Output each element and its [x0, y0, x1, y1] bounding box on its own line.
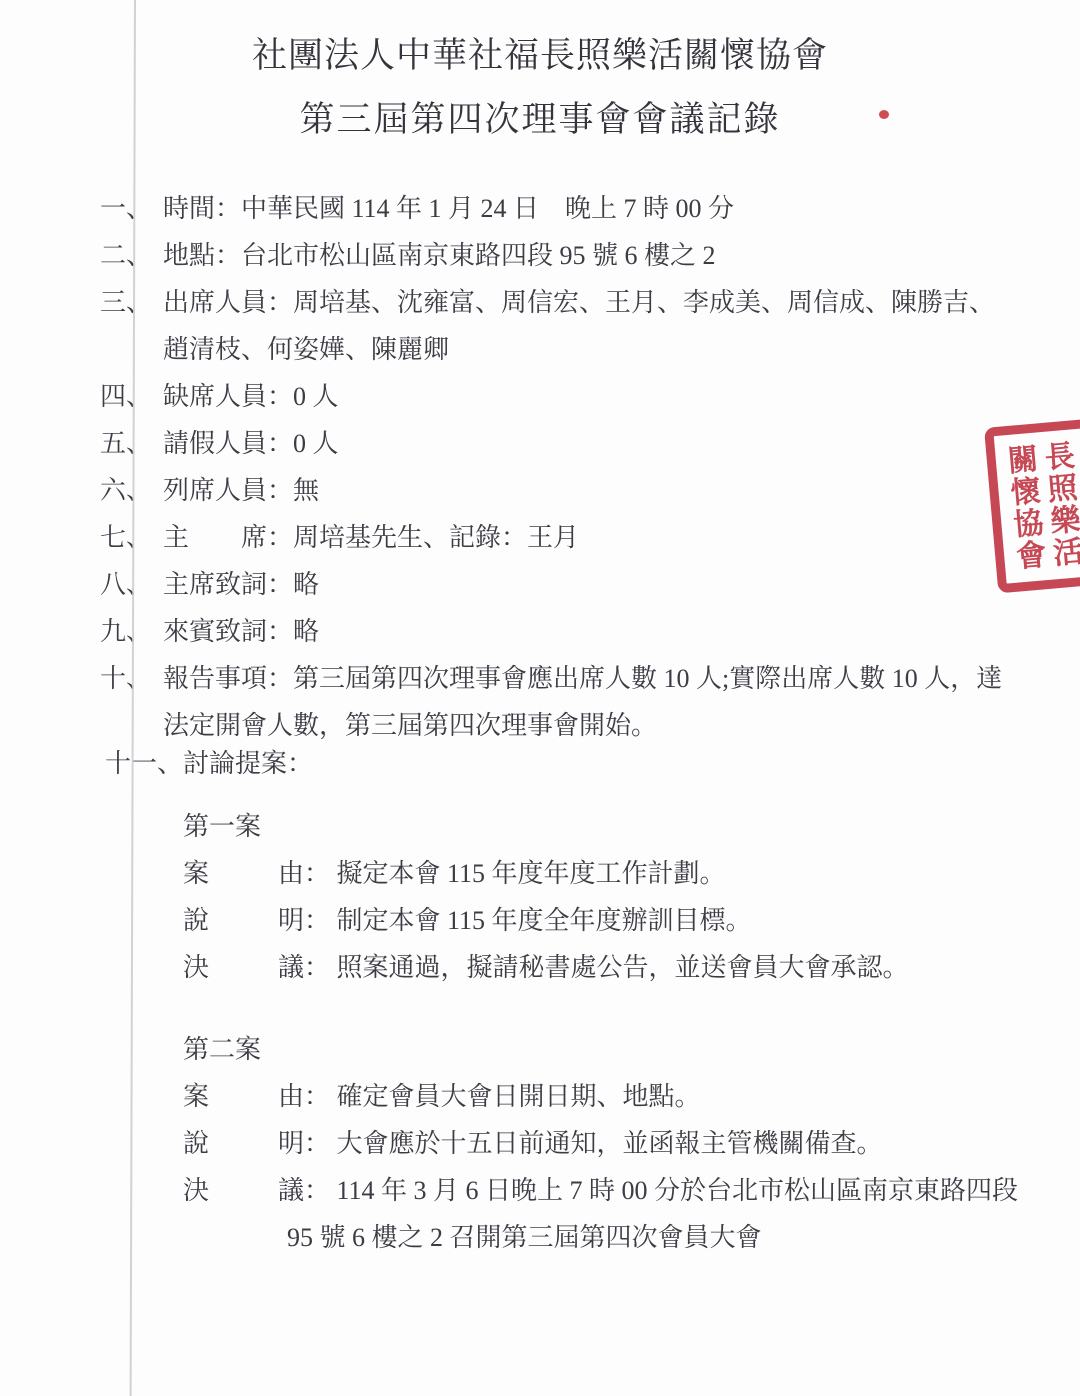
item-text: 時間：中華民國 114 年 1 月 24 日 晚上 7 時 00 分	[163, 185, 1080, 232]
item-text: 主 席：周培基先生、記錄：王月	[163, 514, 1080, 561]
item-number: 五、	[100, 420, 163, 467]
item-row: 一、 時間：中華民國 114 年 1 月 24 日 晚上 7 時 00 分	[100, 185, 1080, 232]
item-text: 缺席人員：0 人	[163, 373, 1080, 420]
item-number: 四、	[100, 373, 163, 420]
proposal-text-line: 照案通過，擬請秘書處公告，並送會員大會承認。	[337, 953, 909, 982]
item-text: 報告事項：第三屆第四次理事會應出席人數 10 人;實際出席人數 10 人，達法定…	[163, 655, 1080, 749]
proposal-text-line: 確定會員大會日開日期、地點。	[337, 1082, 701, 1111]
proposal-title: 第二案	[183, 1026, 1080, 1073]
proposals-list: 第一案 案 由： 擬定本會 115 年度年度工作計劃。 說 明： 制定本會 11…	[0, 803, 1080, 1261]
item-row: 十、 報告事項：第三屆第四次理事會應出席人數 10 人;實際出席人數 10 人，…	[100, 655, 1080, 749]
association-stamp: 社團法人中華社福長照樂活關懷協會	[984, 413, 1080, 594]
item-text: 出席人員：周培基、沈雍富、周信宏、王月、李成美、周信成、陳勝吉、趙清枝、何姿嬅、…	[163, 279, 1080, 373]
proposal-colon: ：	[304, 1176, 330, 1205]
proposal-text-line: 擬定本會 115 年度年度工作計劃。	[337, 859, 726, 888]
item-row: 六、 列席人員：無	[100, 467, 1080, 514]
red-dot-mark	[879, 110, 889, 119]
proposal-section: 第一案 案 由： 擬定本會 115 年度年度工作計劃。 說 明： 制定本會 11…	[183, 803, 1080, 991]
item-text: 主席致詞：略	[163, 561, 1080, 608]
proposal-colon: ：	[304, 906, 330, 935]
item-row: 七、 主 席：周培基先生、記錄：王月	[100, 514, 1080, 561]
item-text-line: 列席人員：無	[163, 467, 1080, 514]
item-number: 三、	[100, 279, 163, 326]
scanned-document-page: 社團法人中華社福長照樂活關懷協會 第三屆第四次理事會會議記錄 一、 時間：中華民…	[0, 0, 1080, 1396]
item-row: 八、 主席致詞：略	[100, 561, 1080, 608]
item-text: 請假人員：0 人	[163, 420, 1080, 467]
items-list: 一、 時間：中華民國 114 年 1 月 24 日 晚上 7 時 00 分 二、…	[100, 185, 1080, 749]
item-text-line: 地點：台北市松山區南京東路四段 95 號 6 樓之 2	[163, 232, 1080, 279]
meeting-title: 第三屆第四次理事會會議記錄	[0, 100, 1080, 140]
proposal-text-line: 大會應於十五日前通知，並函報主管機關備查。	[337, 1129, 883, 1158]
item-text-line: 時間：中華民國 114 年 1 月 24 日 晚上 7 時 00 分	[163, 185, 1080, 232]
item-row: 二、 地點：台北市松山區南京東路四段 95 號 6 樓之 2	[100, 232, 1080, 279]
stamp-text: 社團法人中華社福長照樂活關懷協會	[999, 429, 1080, 577]
item-text-line: 主席致詞：略	[163, 561, 1080, 608]
item-text-line: 報告事項：第三屆第四次理事會應出席人數 10 人;實際出席人數 10 人，達	[163, 655, 1080, 702]
item-row: 三、 出席人員：周培基、沈雍富、周信宏、王月、李成美、周信成、陳勝吉、趙清枝、何…	[100, 279, 1080, 373]
proposal-label: 決 議	[183, 944, 304, 991]
proposal-row: 案 由： 擬定本會 115 年度年度工作計劃。	[183, 850, 1080, 897]
item-text-line: 趙清枝、何姿嬅、陳麗卿	[163, 326, 1080, 373]
item-text-line: 來賓致詞：略	[163, 608, 1080, 655]
item-number: 二、	[100, 232, 163, 279]
proposal-label: 案 由	[183, 850, 304, 897]
proposal-section: 第二案 案 由： 確定會員大會日開日期、地點。 說 明： 大會應於十五日前通知，…	[183, 1026, 1080, 1261]
proposal-label: 案 由	[183, 1073, 304, 1120]
item-text-line: 缺席人員：0 人	[163, 373, 1080, 420]
item-number: 一、	[100, 185, 163, 232]
proposal-label: 說 明	[183, 1120, 304, 1167]
item-text: 地點：台北市松山區南京東路四段 95 號 6 樓之 2	[163, 232, 1080, 279]
proposal-label: 決 議	[183, 1167, 304, 1214]
org-title: 社團法人中華社福長照樂活關懷協會	[0, 36, 1080, 76]
proposal-row: 決 議： 114 年 3 月 6 日晚上 7 時 00 分於台北市松山區南京東路…	[183, 1167, 1080, 1261]
proposal-text-line: 95 號 6 樓之 2 召開第三屆第四次會員大會	[287, 1214, 1080, 1261]
proposal-row: 說 明： 大會應於十五日前通知，並函報主管機關備查。	[183, 1120, 1080, 1167]
item-text: 列席人員：無	[163, 467, 1080, 514]
proposal-colon: ：	[304, 953, 330, 982]
item-text-line: 出席人員：周培基、沈雍富、周信宏、王月、李成美、周信成、陳勝吉、	[163, 279, 1080, 326]
proposal-colon: ：	[304, 859, 330, 888]
proposal-row: 說 明： 制定本會 115 年度全年度辦訓目標。	[183, 897, 1080, 944]
item-row: 九、 來賓致詞：略	[100, 608, 1080, 655]
item-row: 四、 缺席人員：0 人	[100, 373, 1080, 420]
item-text: 來賓致詞：略	[163, 608, 1080, 655]
item-text-line: 請假人員：0 人	[163, 420, 1080, 467]
proposal-text-line: 114 年 3 月 6 日晚上 7 時 00 分於台北市松山區南京東路四段	[337, 1176, 1019, 1205]
item-row: 五、 請假人員：0 人	[100, 420, 1080, 467]
proposal-row: 案 由： 確定會員大會日開日期、地點。	[183, 1073, 1080, 1120]
proposal-row: 決 議： 照案通過，擬請秘書處公告，並送會員大會承認。	[183, 944, 1080, 991]
proposal-title: 第一案	[183, 803, 1080, 850]
proposal-colon: ：	[304, 1129, 330, 1158]
proposal-label: 說 明	[183, 897, 304, 944]
proposal-text-line: 制定本會 115 年度全年度辦訓目標。	[337, 906, 752, 935]
proposal-colon: ：	[304, 1082, 330, 1111]
item-text-line: 主 席：周培基先生、記錄：王月	[163, 514, 1080, 561]
